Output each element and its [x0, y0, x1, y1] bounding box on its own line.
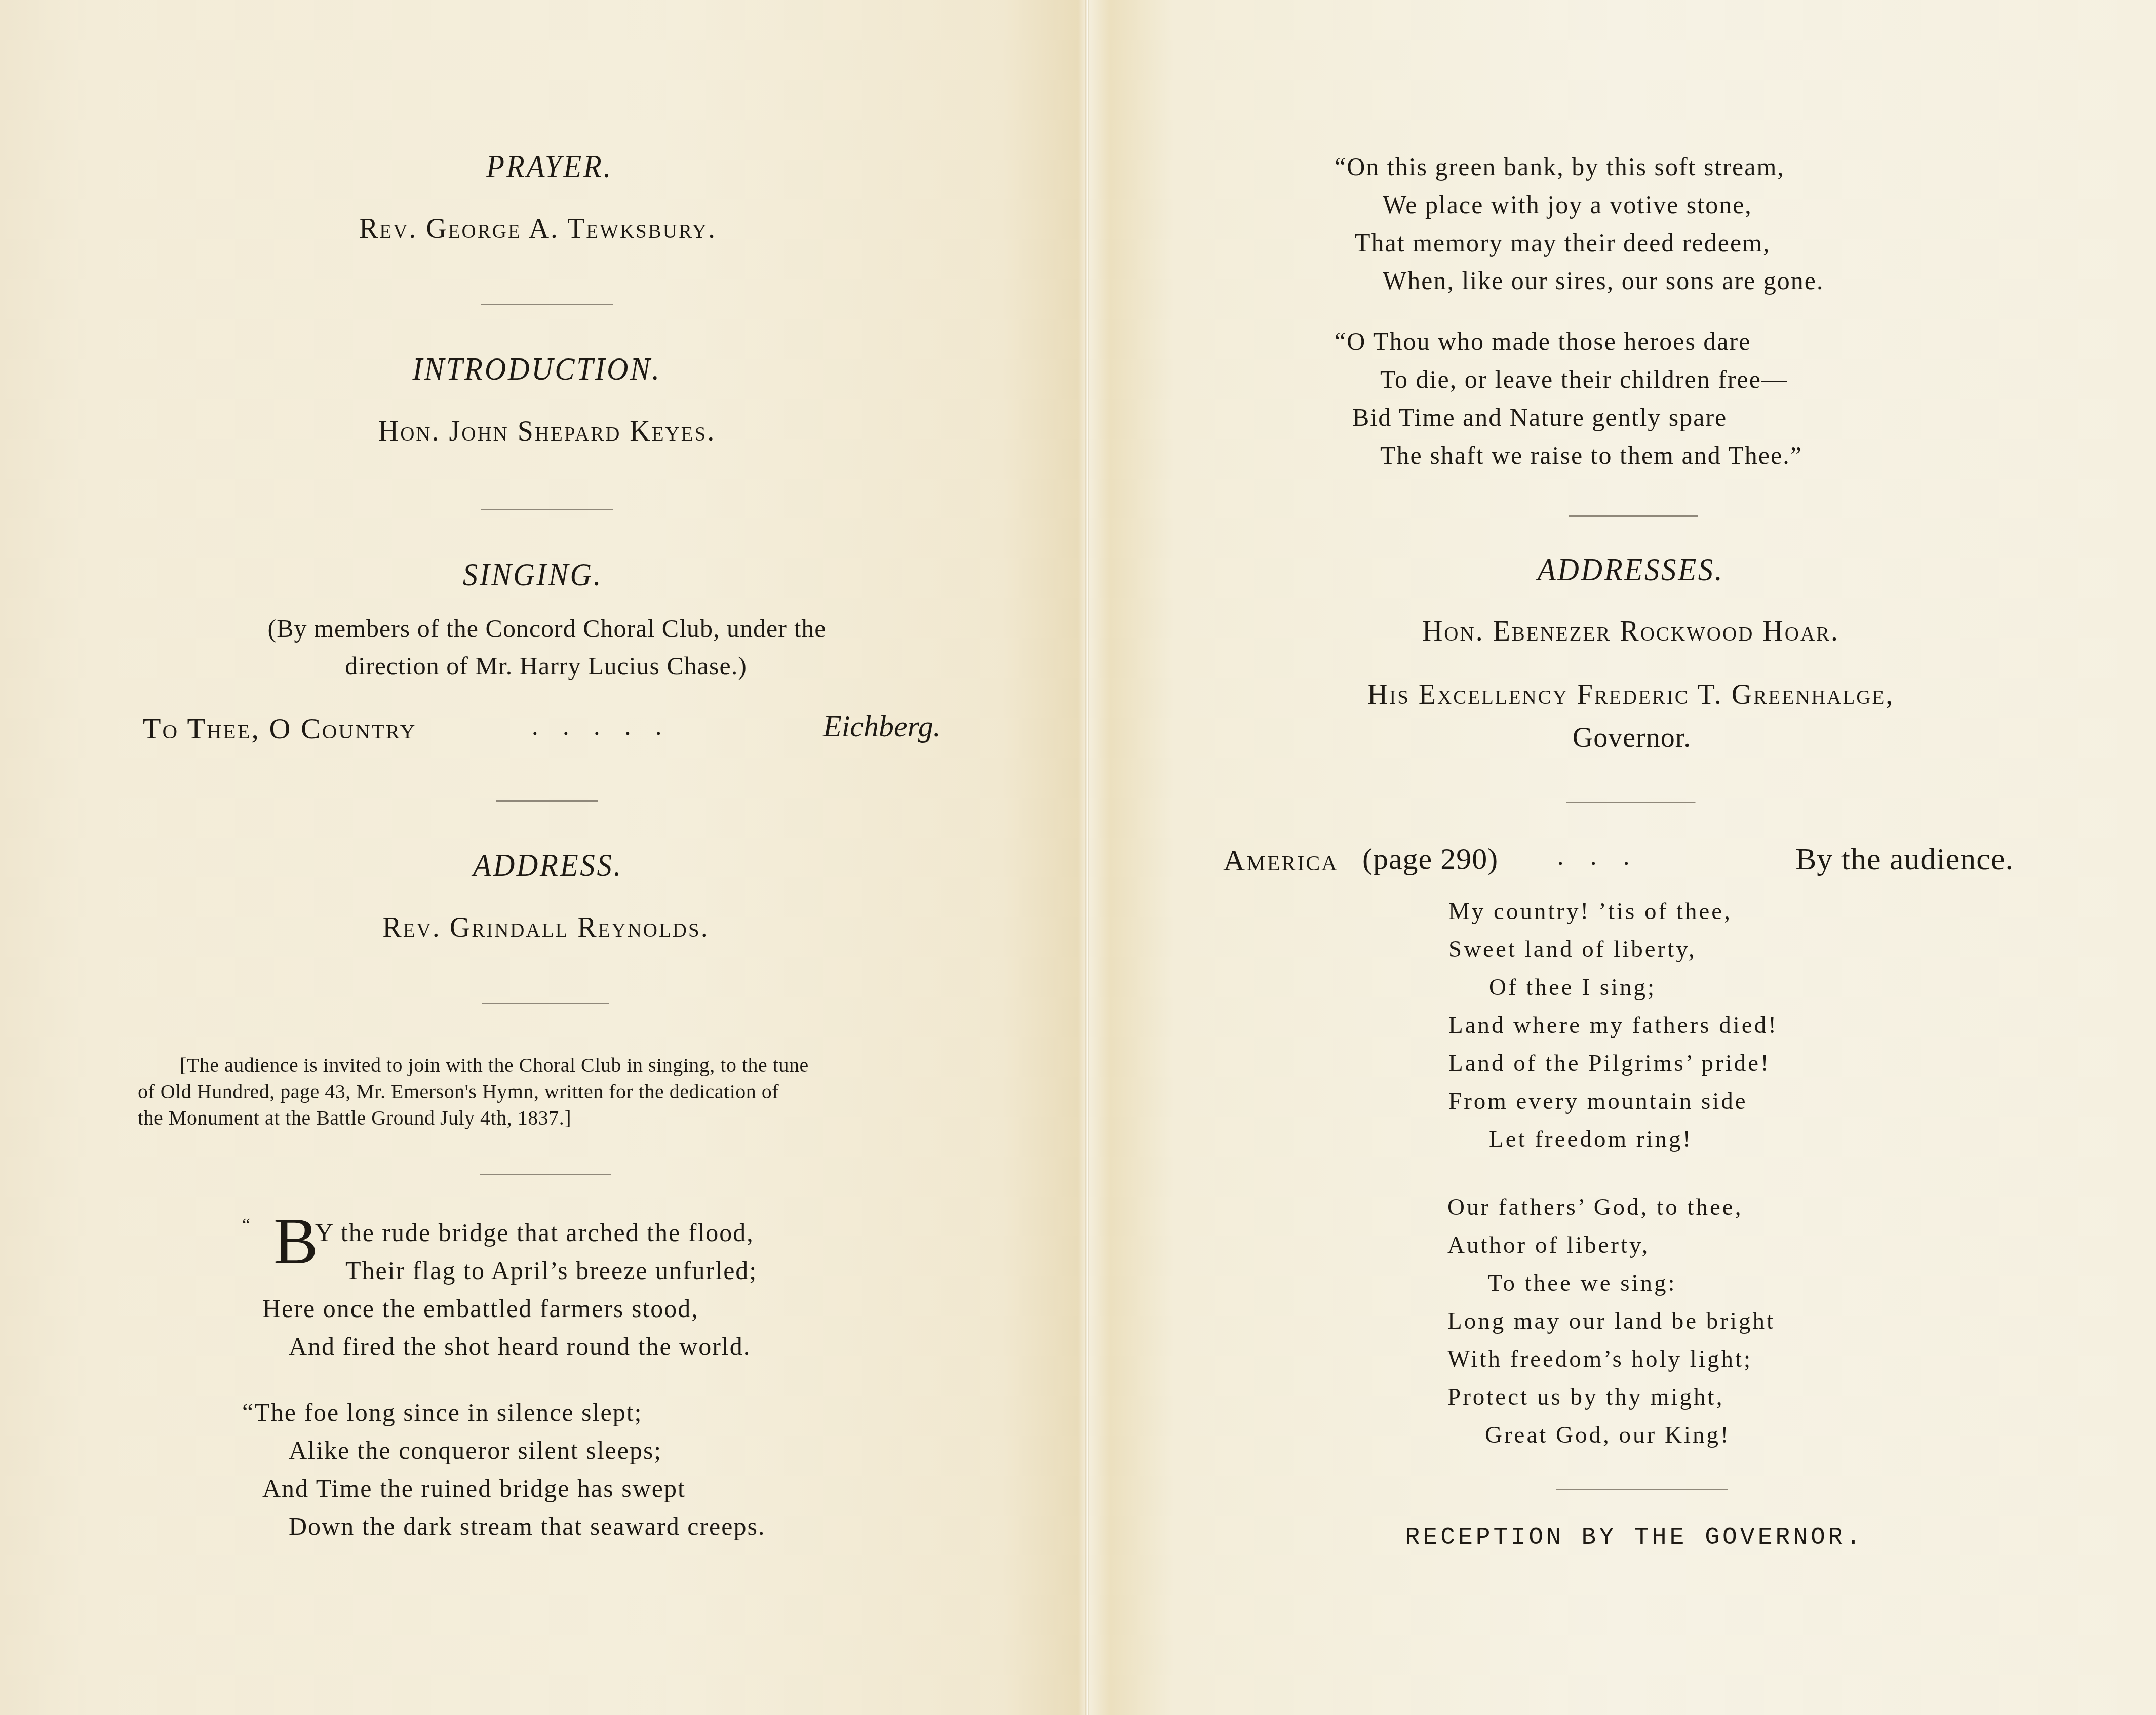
addresses-speaker-greenhalge: His Excellency Frederic T. Greenhalge, [1367, 679, 1895, 711]
america-title: America [1223, 843, 1339, 878]
hymn-line: Land where my fathers died! [1448, 1012, 1778, 1039]
left-page: PRAYER. Rev. George A. Tewksbury. INTROD… [0, 0, 1089, 1715]
section-divider [480, 1174, 611, 1175]
hymn-line: Let freedom ring! [1489, 1126, 1693, 1153]
audience-note: the Monument at the Battle Ground July 4… [138, 1106, 571, 1130]
hymn-line: Long may our land be bright [1447, 1307, 1775, 1335]
hymn-line: To thee we sing: [1488, 1269, 1677, 1297]
audience-note: [The audience is invited to join with th… [180, 1053, 809, 1077]
hymn-line: Protect us by thy might, [1447, 1383, 1724, 1411]
composer-name: Eichberg. [823, 709, 941, 744]
introduction-speaker: Hon. John Shepard Keyes. [378, 415, 716, 448]
open-quote: “ [242, 1214, 251, 1235]
reception-by-governor: RECEPTION BY THE GOVERNOR. [1405, 1524, 1864, 1551]
right-page: “On this green bank, by this soft stream… [1089, 0, 2156, 1715]
section-divider [481, 304, 613, 305]
section-divider [482, 1003, 609, 1004]
leader-dots: . . . [1557, 842, 1640, 871]
section-divider [1566, 802, 1696, 803]
poem-line: To die, or leave their children free— [1380, 365, 1788, 394]
addresses-speaker-hoar: Hon. Ebenezer Rockwood Hoar. [1422, 615, 1839, 648]
poem-line: Bid Time and Nature gently spare [1352, 403, 1727, 432]
hymn-line: Author of liberty, [1447, 1231, 1650, 1259]
poem-line: When, like our sires, our sons are gone. [1383, 266, 1824, 295]
poem-line: “On this green bank, by this soft stream… [1335, 152, 1785, 181]
poem-line: Alike the conqueror silent sleeps; [289, 1435, 662, 1465]
song-title: To Thee, O Country [143, 711, 416, 745]
poem-line: “O Thou who made those heroes dare [1335, 327, 1751, 356]
leader-dots: . . . . . [532, 711, 671, 741]
addresses-heading: ADDRESSES. [1538, 551, 1724, 588]
poem-line: Their flag to April’s breeze unfurled; [345, 1256, 757, 1285]
poem-line: That memory may their deed redeem, [1355, 228, 1770, 257]
hymn-line: Our fathers’ God, to thee, [1447, 1193, 1743, 1221]
hymn-line: Land of the Pilgrims’ pride! [1448, 1050, 1771, 1077]
prayer-heading: PRAYER. [486, 148, 613, 185]
hymn-line: With freedom’s holy light; [1447, 1345, 1752, 1373]
singing-description: (By members of the Concord Choral Club, … [268, 614, 827, 643]
poem-line: And fired the shot heard round the world… [289, 1332, 751, 1361]
singing-heading: SINGING. [463, 556, 603, 593]
poem-line: “The foe long since in silence slept; [242, 1398, 642, 1427]
singing-description: direction of Mr. Harry Lucius Chase.) [345, 651, 747, 681]
poem-line: We place with joy a votive stone, [1383, 190, 1752, 219]
hymn-line: My country! ’tis of thee, [1448, 898, 1732, 925]
poem-line: And Time the ruined bridge has swept [262, 1473, 686, 1503]
hymn-line: Great God, our King! [1485, 1421, 1731, 1449]
hymn-line: Of thee I sing; [1489, 974, 1656, 1001]
poem-line: Down the dark stream that seaward creeps… [289, 1511, 765, 1541]
governor-title: Governor. [1573, 722, 1692, 754]
section-divider [1569, 515, 1698, 517]
prayer-speaker: Rev. George A. Tewksbury. [359, 213, 717, 245]
address-speaker: Rev. Grindall Reynolds. [382, 911, 709, 944]
poem-line: Here once the embattled farmers stood, [262, 1294, 699, 1323]
address-heading: ADDRESS. [473, 847, 623, 884]
drop-cap: B [273, 1208, 318, 1274]
hymn-line: From every mountain side [1448, 1088, 1748, 1115]
section-divider [496, 800, 598, 802]
poem-line: Y the rude bridge that arched the flood, [315, 1218, 754, 1247]
audience-note: of Old Hundred, page 43, Mr. Emerson's H… [138, 1080, 779, 1103]
section-divider [481, 509, 613, 510]
america-performer: By the audience. [1795, 842, 2014, 878]
hymn-line: Sweet land of liberty, [1448, 936, 1697, 963]
poem-line: The shaft we raise to them and Thee.” [1380, 441, 1802, 470]
introduction-heading: INTRODUCTION. [412, 350, 661, 388]
section-divider [1556, 1489, 1728, 1490]
america-page-ref: (page 290) [1362, 842, 1498, 876]
